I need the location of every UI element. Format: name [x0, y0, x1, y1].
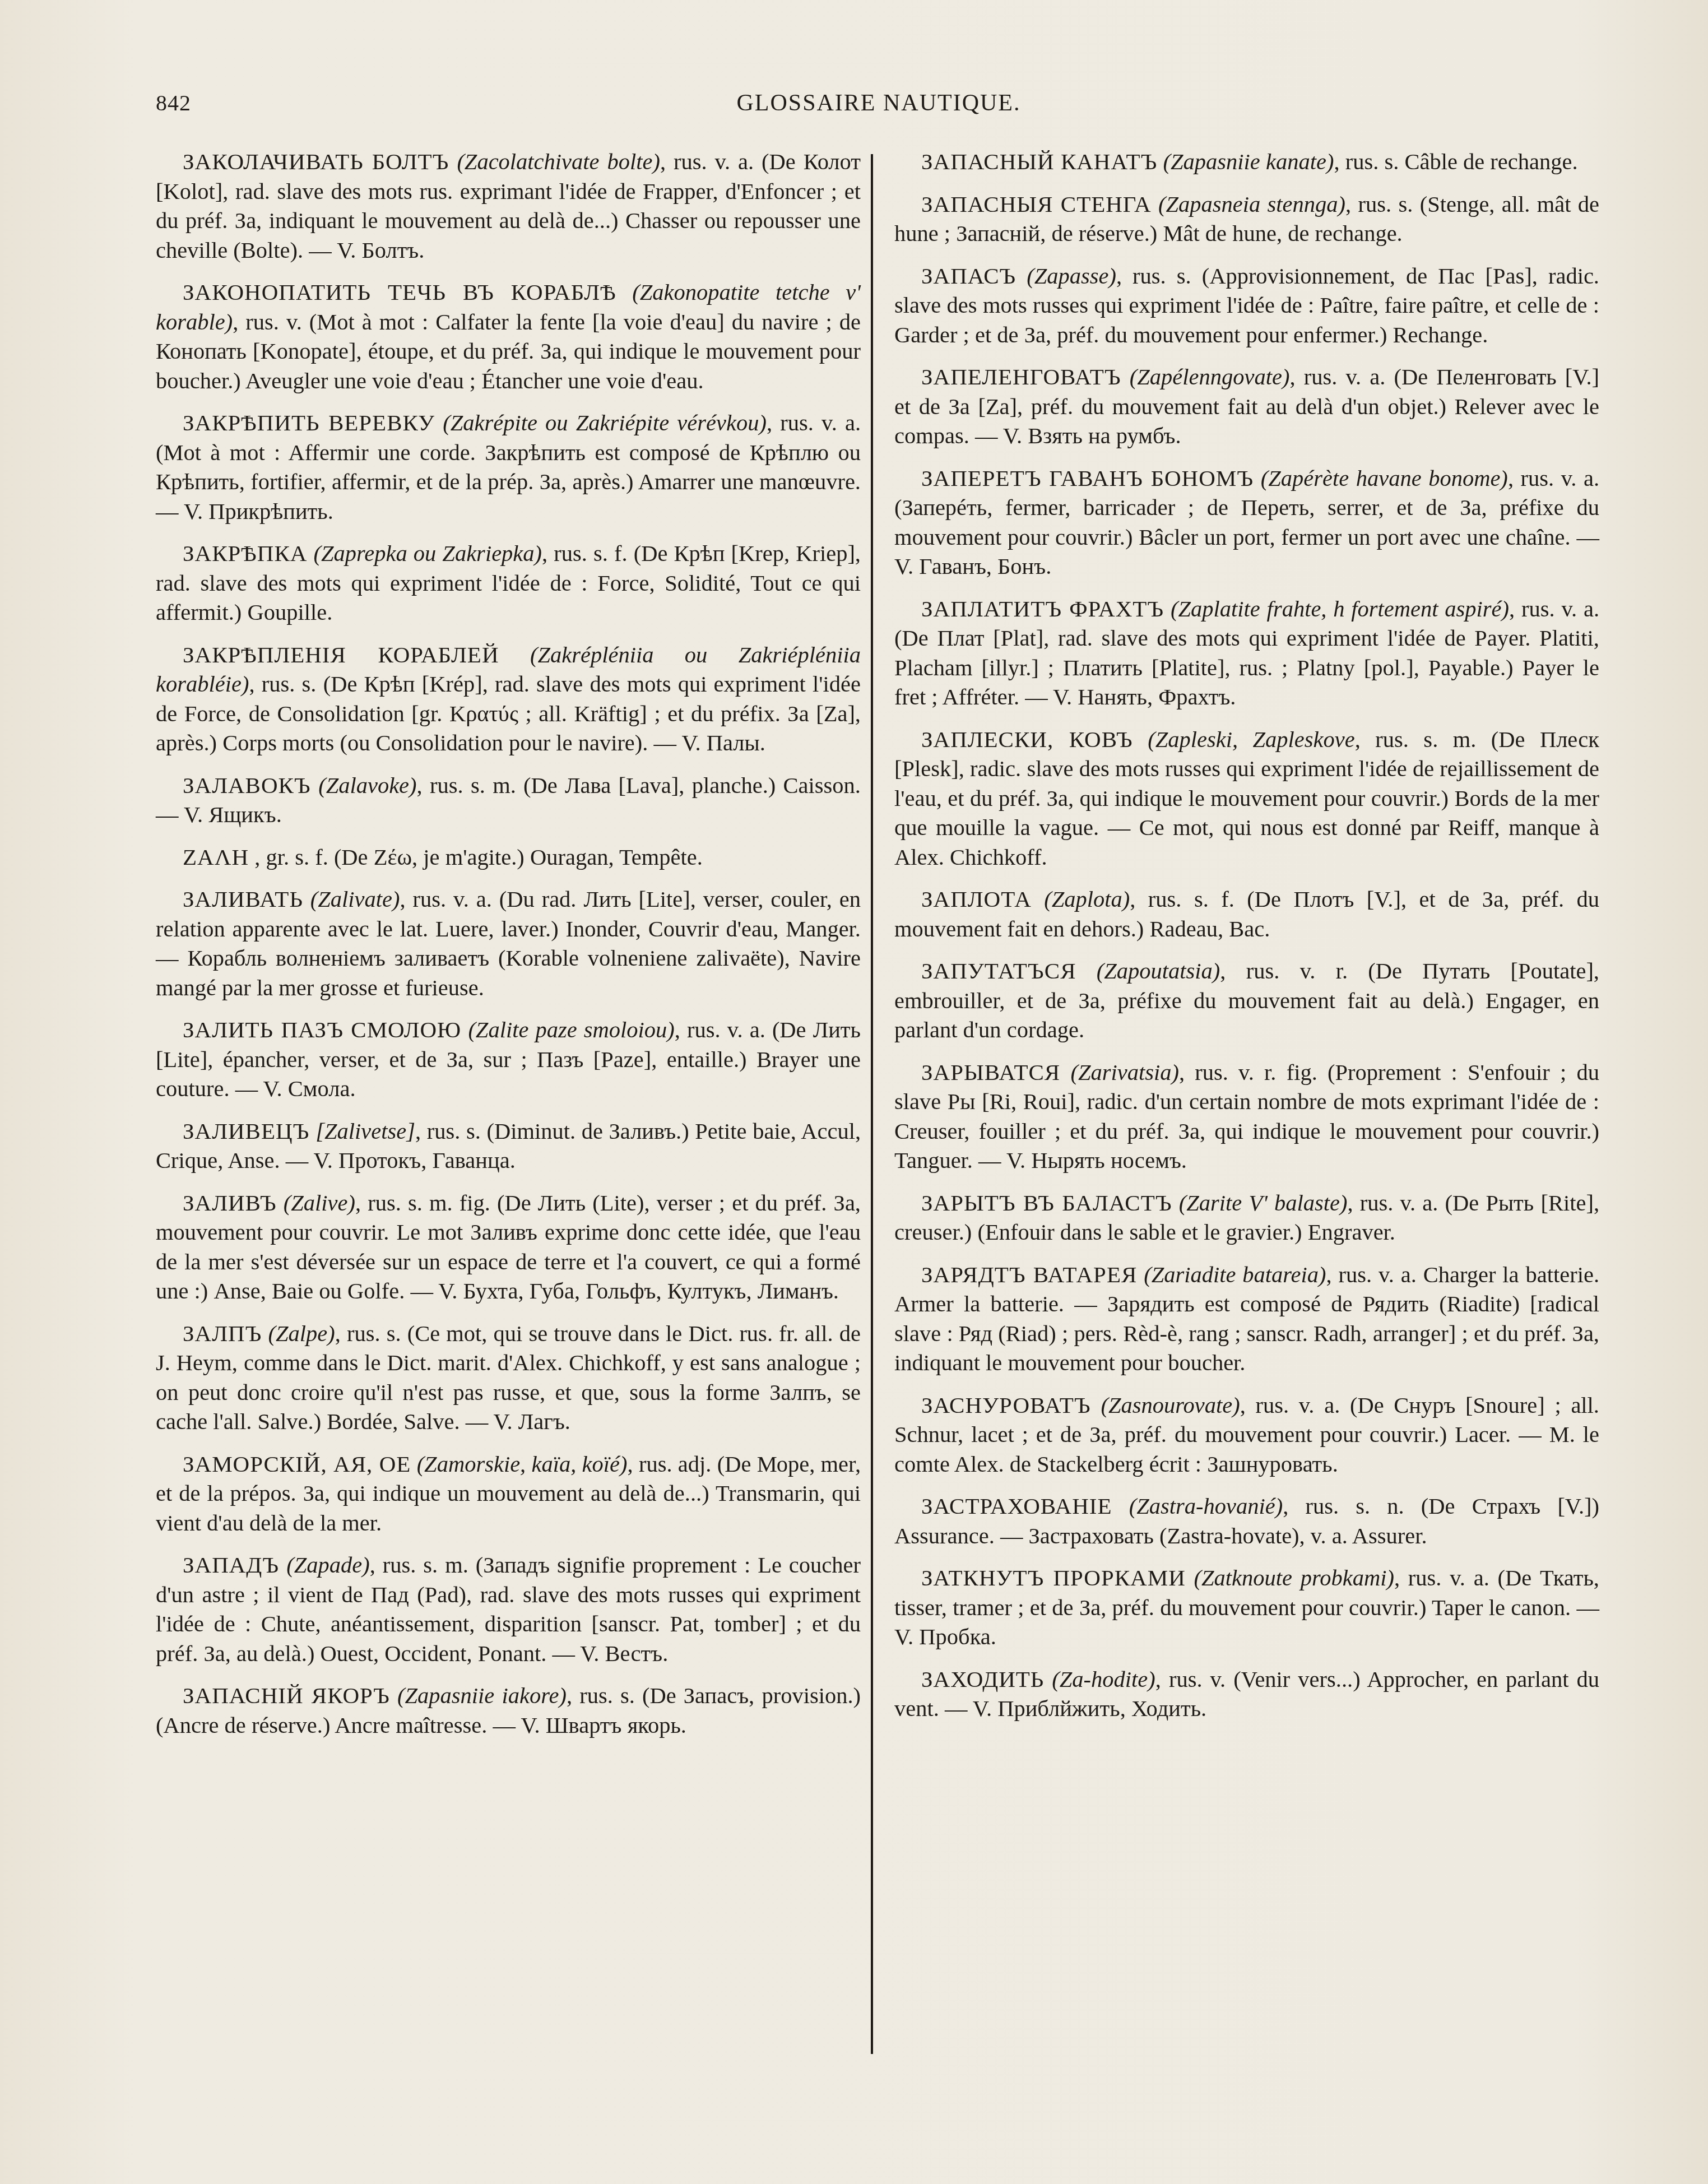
entry-transliteration: (Zapasneia stennga)	[1158, 192, 1345, 217]
entry-definition: , gr. s. f. (De Ζέω, je m'agite.) Ouraga…	[254, 845, 703, 870]
glossary-entry: ЗАКРѢПИТЬ ВЕРЕВКУ (Zakrépite ou Zakriépi…	[156, 408, 861, 526]
entry-transliteration: (Zarivatsia)	[1070, 1060, 1179, 1085]
glossary-entry: ЗАПАСНЫЙ КАНАТЪ (Zapasniie kanate), rus.…	[894, 147, 1599, 177]
entry-headword: ЗАЛИВАТЬ	[183, 886, 303, 912]
entry-headword: ЗАПЛАТИТЪ ФРАХТЪ	[921, 596, 1164, 622]
entry-transliteration: (Zapélenngovate)	[1130, 364, 1290, 389]
entry-transliteration: (Zapasse)	[1027, 263, 1116, 289]
glossary-entry: ЗАТКНУТЪ ПРОРКАМИ (Zatknoute probkami), …	[894, 1563, 1599, 1652]
entry-transliteration: (Zacolatchivate bolte)	[457, 149, 660, 174]
glossary-entry: ЗАРЫТЪ ВЪ БАЛАСТЪ (Zarite V' balaste), r…	[894, 1188, 1599, 1248]
entry-transliteration: (Zalivate)	[310, 887, 400, 912]
entry-headword: ЗАПЛОТА	[921, 886, 1032, 912]
entry-headword: ЗАПАСНЫЯ СТЕНГА	[921, 191, 1152, 217]
entry-transliteration: (Zalpe)	[268, 1321, 335, 1346]
entry-headword: ZAΛH	[183, 844, 249, 870]
glossary-entry: ЗАПАСНІЙ ЯКОРЪ (Zapasniie iakore), rus. …	[156, 1681, 861, 1740]
entry-transliteration: (Zarite V' balaste)	[1179, 1190, 1348, 1216]
entry-headword: ЗАПАСНЫЙ КАНАТЪ	[921, 149, 1157, 174]
glossary-entry: ЗАКРѢПЛЕНІЯ КОРАБЛЕЙ (Zakrépléniia ou Za…	[156, 640, 861, 758]
entry-transliteration: (Zasnourovate)	[1101, 1393, 1240, 1418]
entry-transliteration: (Zalite paze smoloiou)	[468, 1017, 674, 1042]
glossary-entry: ЗАЛПЪ (Zalpe), rus. s. (Ce mot, qui se t…	[156, 1319, 861, 1437]
entry-transliteration: (Zalive)	[284, 1190, 355, 1216]
entry-headword: ЗАПАДЪ	[183, 1552, 279, 1578]
entry-headword: ЗАПАСНІЙ ЯКОРЪ	[183, 1682, 390, 1708]
column-divider	[871, 154, 873, 2054]
glossary-entry: ЗАЛИТЬ ПАЗЪ СМОЛОЮ (Zalite paze smoloiou…	[156, 1015, 861, 1104]
glossary-entry: ЗАПЛОТА (Zaplota), rus. s. f. (De Плотъ …	[894, 884, 1599, 944]
entry-headword: ЗАЛАВОКЪ	[183, 772, 311, 798]
entry-headword: ЗАЛИТЬ ПАЗЪ СМОЛОЮ	[183, 1017, 461, 1042]
glossary-entry: ЗАКРѢПКА (Zaprepka ou Zakriepka), rus. s…	[156, 539, 861, 628]
entry-transliteration: (Zamorskie, kaïa, koïé)	[417, 1452, 628, 1477]
running-title: GLOSSAIRE NAUTIQUE.	[156, 90, 1602, 117]
glossary-entry: ЗАЛИВАТЬ (Zalivate), rus. v. a. (Du rad.…	[156, 884, 861, 1003]
entry-headword: ЗАПУТАТЪСЯ	[921, 958, 1076, 984]
entry-transliteration: (Zapade)	[286, 1552, 369, 1578]
entry-headword: ЗАКОЛАЧИВАТЬ БОЛТЪ	[183, 149, 449, 174]
entry-definition: , rus. v. (Mot à mot : Calfater la fente…	[156, 309, 861, 393]
glossary-entry: ЗАКОЛАЧИВАТЬ БОЛТЪ (Zacolatchivate bolte…	[156, 147, 861, 265]
glossary-entry: ЗАПЛАТИТЪ ФРАХТЪ (Zaplatite frahte, h fo…	[894, 594, 1599, 712]
entry-headword: ЗАПЕЛЕНГОВАТЪ	[921, 364, 1121, 389]
entry-headword: ЗАКРѢПЛЕНІЯ КОРАБЛЕЙ	[183, 642, 499, 667]
entry-transliteration: (Zapasniie iakore)	[397, 1683, 567, 1708]
entry-headword: ЗАСНУРОВАТЪ	[921, 1392, 1091, 1418]
entry-transliteration: (Za-hodite)	[1052, 1667, 1155, 1692]
entry-headword: ЗАТКНУТЪ ПРОРКАМИ	[921, 1565, 1186, 1591]
entry-headword: ЗАРЯДТЪ ВАТАРЕЯ	[921, 1262, 1137, 1287]
entry-transliteration: (Zapérète havane bonome)	[1261, 466, 1508, 491]
glossary-entry: ЗАПУТАТЪСЯ (Zapoutatsia), rus. v. r. (De…	[894, 956, 1599, 1045]
glossary-entry: ЗАПАСЪ (Zapasse), rus. s. (Approvisionne…	[894, 261, 1599, 350]
glossary-entry: ЗАПЛЕСКИ, КОВЪ (Zapleski, Zapleskove, ru…	[894, 725, 1599, 873]
glossary-entry: ЗАРЯДТЪ ВАТАРЕЯ (Zariadite batareia), ru…	[894, 1260, 1599, 1378]
glossary-entry: ЗАПЕРЕТЪ ГАВАНЪ БОНОМЪ (Zapérète havane …	[894, 463, 1599, 582]
glossary-entry: ЗАСНУРОВАТЪ (Zasnourovate), rus. v. a. (…	[894, 1390, 1599, 1480]
glossary-entry: ЗАПАСНЫЯ СТЕНГА (Zapasneia stennga), rus…	[894, 189, 1599, 249]
entry-transliteration: (Zaprepka ou Zakriepka)	[313, 541, 542, 566]
entry-transliteration: (Zastra-hovanié)	[1129, 1494, 1283, 1519]
left-column: ЗАКОЛАЧИВАТЬ БОЛТЪ (Zacolatchivate bolte…	[156, 147, 861, 1752]
glossary-entry: ЗАЛИВЕЦЪ [Zalivetse], rus. s. (Diminut. …	[156, 1116, 861, 1176]
entry-headword: ЗАКРѢПИТЬ ВЕРЕВКУ	[183, 410, 435, 435]
entry-transliteration: (Zapoutatsia)	[1097, 958, 1220, 984]
entry-headword: ЗАМОРСКІЙ, АЯ, ОЕ	[183, 1451, 411, 1477]
entry-transliteration: (Zaplota)	[1044, 887, 1130, 912]
glossary-entry: ЗАПАДЪ (Zapade), rus. s. m. (Западъ sign…	[156, 1550, 861, 1668]
book-page: 842 GLOSSAIRE NAUTIQUE. ЗАКОЛАЧИВАТЬ БОЛ…	[0, 0, 1708, 2184]
entry-transliteration: (Zatknoute probkami)	[1194, 1565, 1394, 1591]
entry-headword: ЗАПЛЕСКИ, КОВЪ	[921, 726, 1133, 752]
entry-transliteration: (Zakrépite ou Zakriépite vérévkou)	[443, 410, 767, 435]
entry-transliteration: (Zapleski, Zapleskove	[1148, 727, 1355, 752]
entry-headword: ЗАПАСЪ	[921, 263, 1016, 289]
entry-transliteration: (Zariadite batareia)	[1144, 1262, 1326, 1287]
entry-headword: ЗАКРѢПКА	[183, 540, 307, 566]
entry-headword: ЗАРЫВАТСЯ	[921, 1059, 1060, 1085]
page-header: 842 GLOSSAIRE NAUTIQUE.	[156, 90, 1602, 123]
right-column: ЗАПАСНЫЙ КАНАТЪ (Zapasniie kanate), rus.…	[894, 147, 1599, 1736]
entry-headword: ЗАХОДИТЬ	[921, 1666, 1044, 1692]
glossary-entry: ЗАРЫВАТСЯ (Zarivatsia), rus. v. r. fig. …	[894, 1058, 1599, 1176]
entry-definition: , rus. s. (De Крѣп [Krép], rad. slave de…	[156, 671, 861, 755]
entry-headword: ЗАПЕРЕТЪ ГАВАНЪ БОНОМЪ	[921, 465, 1254, 491]
glossary-entry: ЗАКОНОПАТИТЬ ТЕЧЬ ВЪ КОРАБЛѢ (Zakonopati…	[156, 277, 861, 396]
entry-headword: ЗАСТРАХОВАНІЕ	[921, 1493, 1112, 1519]
glossary-entry: ЗАЛАВОКЪ (Zalavoke), rus. s. m. (De Лава…	[156, 771, 861, 830]
entry-headword: ЗАЛИВЕЦЪ	[183, 1118, 310, 1144]
entry-headword: ЗАЛПЪ	[183, 1320, 262, 1346]
entry-transliteration: (Zapasniie kanate)	[1163, 149, 1334, 174]
entry-transliteration: (Zalavoke)	[318, 773, 416, 798]
glossary-entry: ZAΛH , gr. s. f. (De Ζέω, je m'agite.) O…	[156, 842, 861, 873]
entry-definition: , rus. s. Câble de rechange.	[1334, 149, 1577, 174]
entry-headword: ЗАКОНОПАТИТЬ ТЕЧЬ ВЪ КОРАБЛѢ	[183, 279, 616, 305]
entry-transliteration: [Zalivetse]	[315, 1119, 415, 1144]
entry-transliteration: (Zaplatite frahte, h fortement aspiré)	[1171, 596, 1509, 622]
entry-headword: ЗАЛИВЪ	[183, 1190, 277, 1216]
glossary-entry: ЗАСТРАХОВАНІЕ (Zastra-hovanié), rus. s. …	[894, 1491, 1599, 1551]
glossary-entry: ЗАЛИВЪ (Zalive), rus. s. m. fig. (De Лит…	[156, 1188, 861, 1306]
entry-headword: ЗАРЫТЪ ВЪ БАЛАСТЪ	[921, 1190, 1172, 1216]
glossary-entry: ЗАПЕЛЕНГОВАТЪ (Zapélenngovate), rus. v. …	[894, 362, 1599, 451]
glossary-entry: ЗАМОРСКІЙ, АЯ, ОЕ (Zamorskie, kaïa, koïé…	[156, 1449, 861, 1538]
glossary-entry: ЗАХОДИТЬ (Za-hodite), rus. v. (Venir ver…	[894, 1664, 1599, 1724]
